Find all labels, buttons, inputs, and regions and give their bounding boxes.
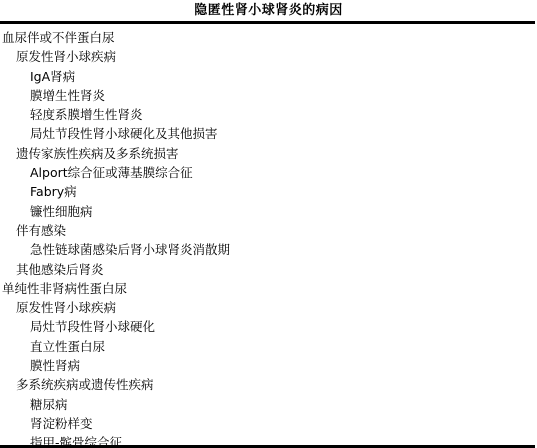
subcategory-row: 原发性肾小球疾病 bbox=[0, 47, 537, 66]
item-row: 直立性蛋白尿 bbox=[0, 337, 537, 356]
item-row: 镰性细胞病 bbox=[0, 202, 537, 221]
item-row: 膜性肾病 bbox=[0, 356, 537, 375]
item-row: Fabry病 bbox=[0, 182, 537, 201]
item-row: 糖尿病 bbox=[0, 395, 537, 414]
subcategory-row: 其他感染后肾炎 bbox=[0, 260, 537, 279]
subcategory-row: 遗传家族性疾病及多系统损害 bbox=[0, 144, 537, 163]
top-rule-divider bbox=[0, 21, 535, 24]
item-row: 肾淀粉样变 bbox=[0, 414, 537, 433]
subcategory-row: 伴有感染 bbox=[0, 221, 537, 240]
category-row: 单纯性非肾病性蛋白尿 bbox=[0, 279, 537, 298]
category-row: 血尿伴或不伴蛋白尿 bbox=[0, 28, 537, 47]
table-title: 隐匿性肾小球肾炎的病因 bbox=[0, 3, 537, 19]
subcategory-row: 原发性肾小球疾病 bbox=[0, 298, 537, 317]
item-row: 局灶节段性肾小球硬化 bbox=[0, 317, 537, 336]
item-row: 急性链球菌感染后肾小球肾炎消散期 bbox=[0, 240, 537, 259]
item-row: Alport综合征或薄基膜综合征 bbox=[0, 163, 537, 182]
cause-list: 血尿伴或不伴蛋白尿 原发性肾小球疾病 IgA肾病 膜增生性肾炎 轻度系膜增生性肾… bbox=[0, 28, 537, 448]
item-row: 轻度系膜增生性肾炎 bbox=[0, 105, 537, 124]
item-row: 局灶节段性肾小球硬化及其他损害 bbox=[0, 124, 537, 143]
item-row: 膜增生性肾炎 bbox=[0, 86, 537, 105]
subcategory-row: 多系统疾病或遗传性疾病 bbox=[0, 375, 537, 394]
item-row: IgA肾病 bbox=[0, 67, 537, 86]
